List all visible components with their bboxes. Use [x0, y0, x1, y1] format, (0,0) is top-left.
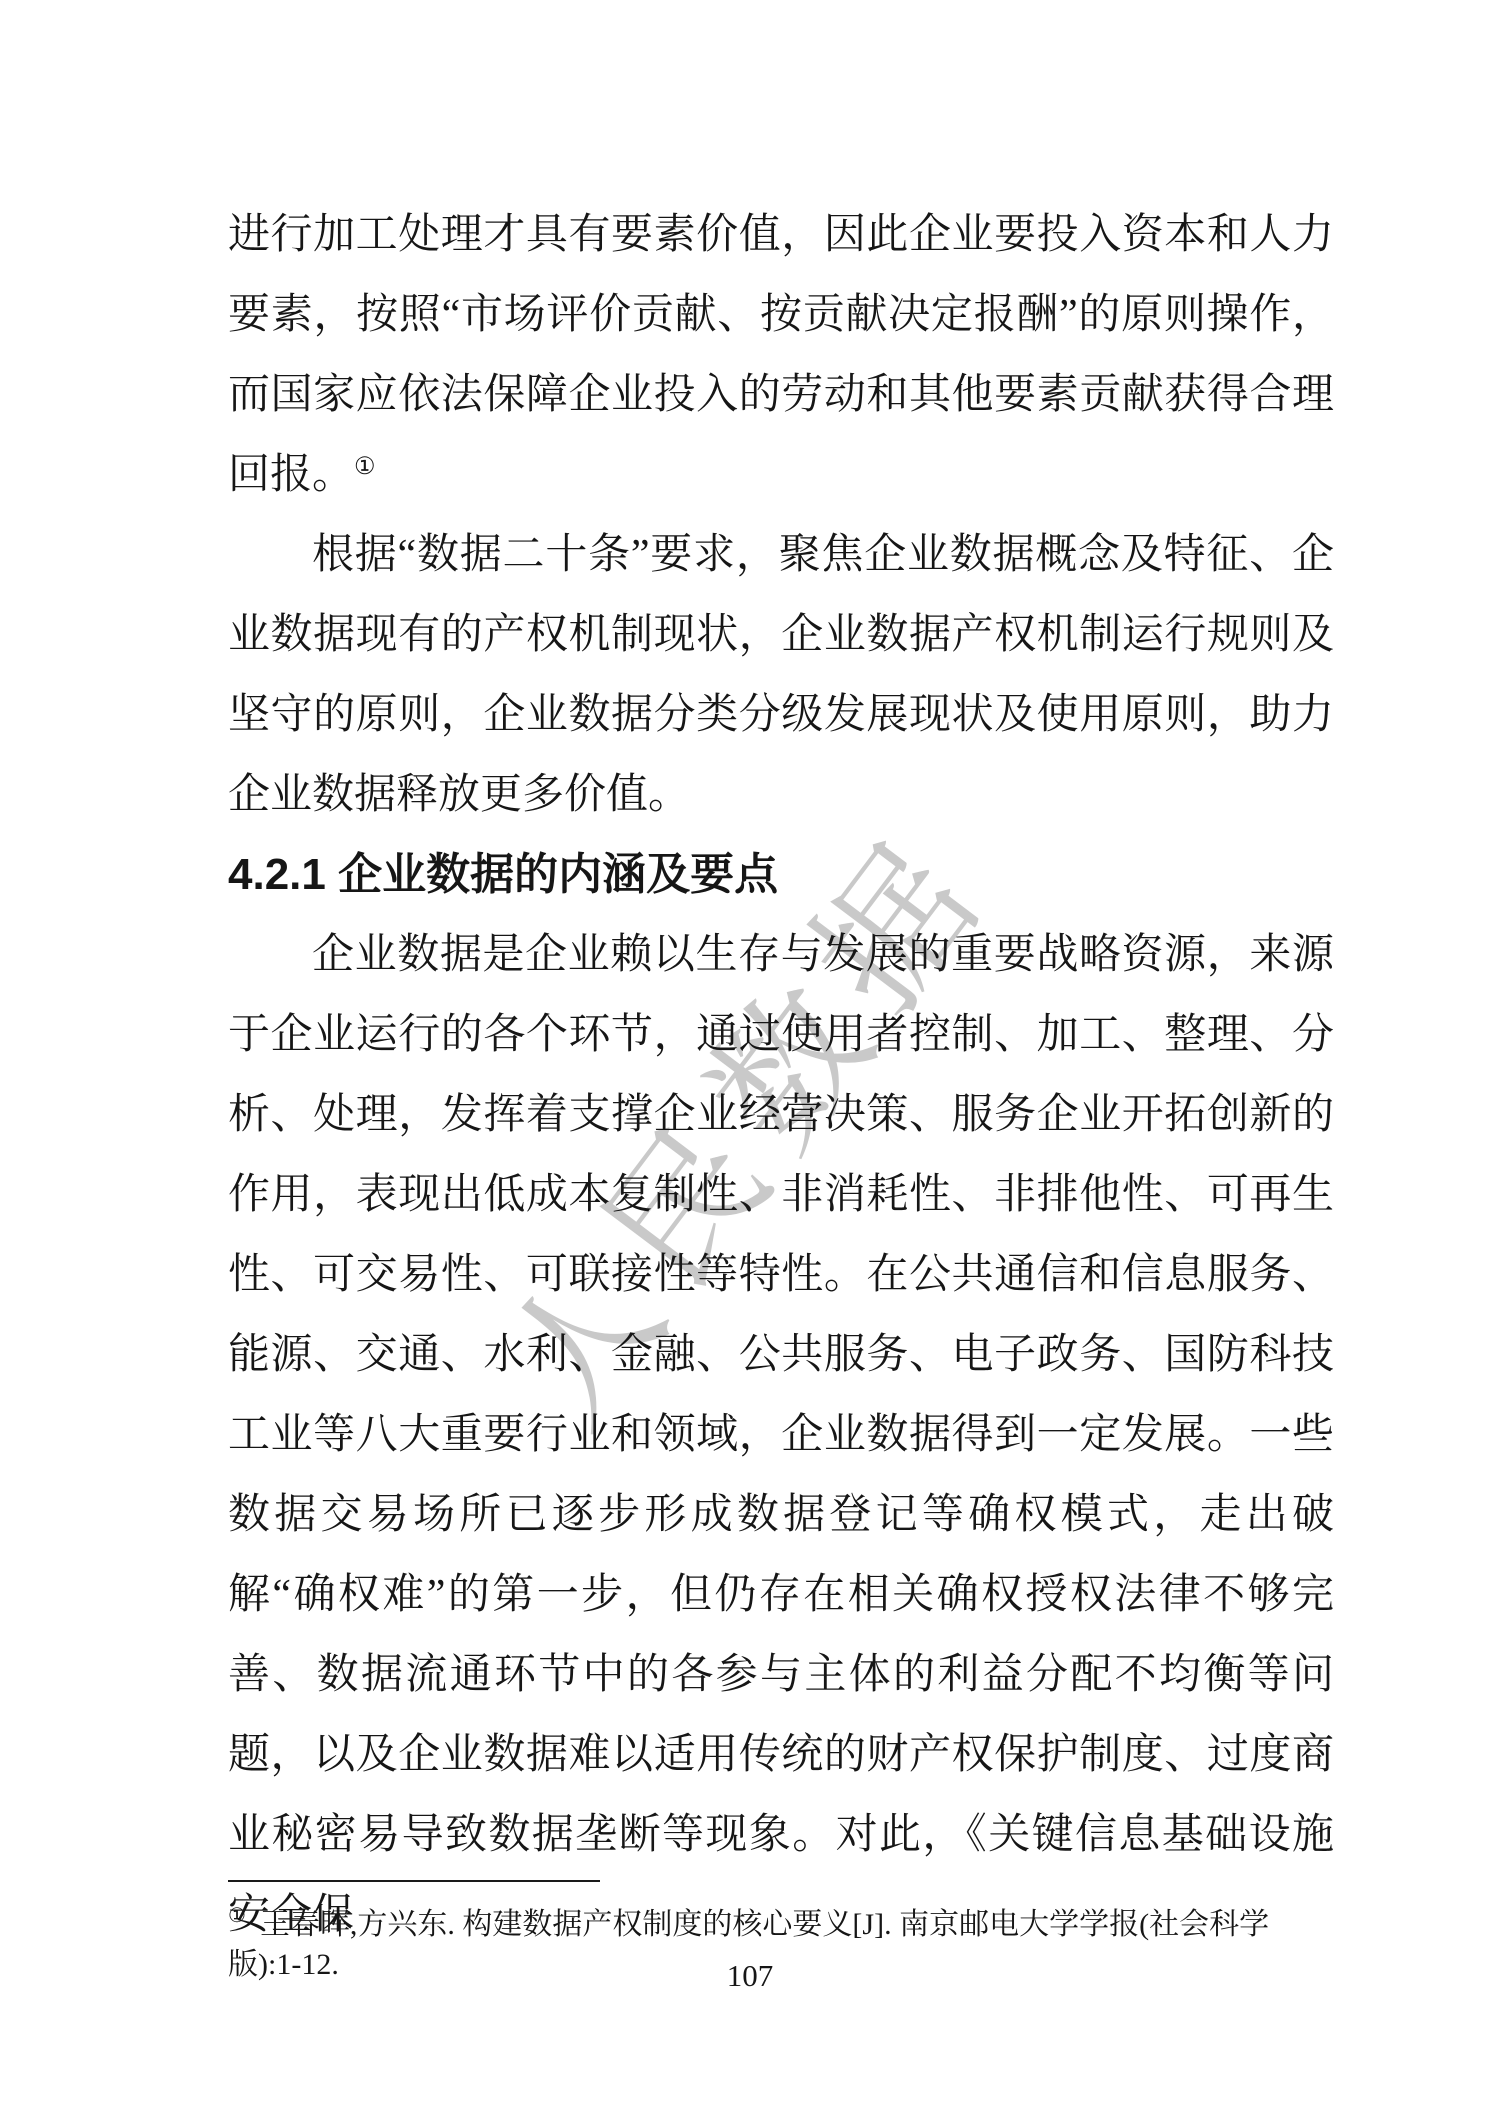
footnote-separator-line — [228, 1880, 600, 1882]
paragraph-continuation: 进行加工处理才具有要素价值，因此企业要投入资本和人力要素，按照“市场评价贡献、按… — [228, 195, 1334, 515]
footnote-marker: ① — [228, 1905, 246, 1927]
footnote-reference-mark: ① — [354, 454, 376, 480]
body-text-block: 进行加工处理才具有要素价值，因此企业要投入资本和人力要素，按照“市场评价贡献、按… — [228, 195, 1334, 1955]
section-heading-4-2-1: 4.2.1 企业数据的内涵及要点 — [228, 835, 1334, 915]
paragraph-continuation-text: 进行加工处理才具有要素价值，因此企业要投入资本和人力要素，按照“市场评价贡献、按… — [228, 212, 1334, 498]
paragraph-data-twenty-rules: 根据“数据二十条”要求，聚焦企业数据概念及特征、企业数据现有的产权机制现状，企业… — [228, 515, 1334, 835]
document-page: 人民数据 进行加工处理才具有要素价值，因此企业要投入资本和人力要素，按照“市场评… — [0, 0, 1500, 2121]
paragraph-enterprise-data: 企业数据是企业赖以生存与发展的重要战略资源，来源于企业运行的各个环节，通过使用者… — [228, 915, 1334, 1955]
page-number: 107 — [0, 1956, 1500, 1996]
